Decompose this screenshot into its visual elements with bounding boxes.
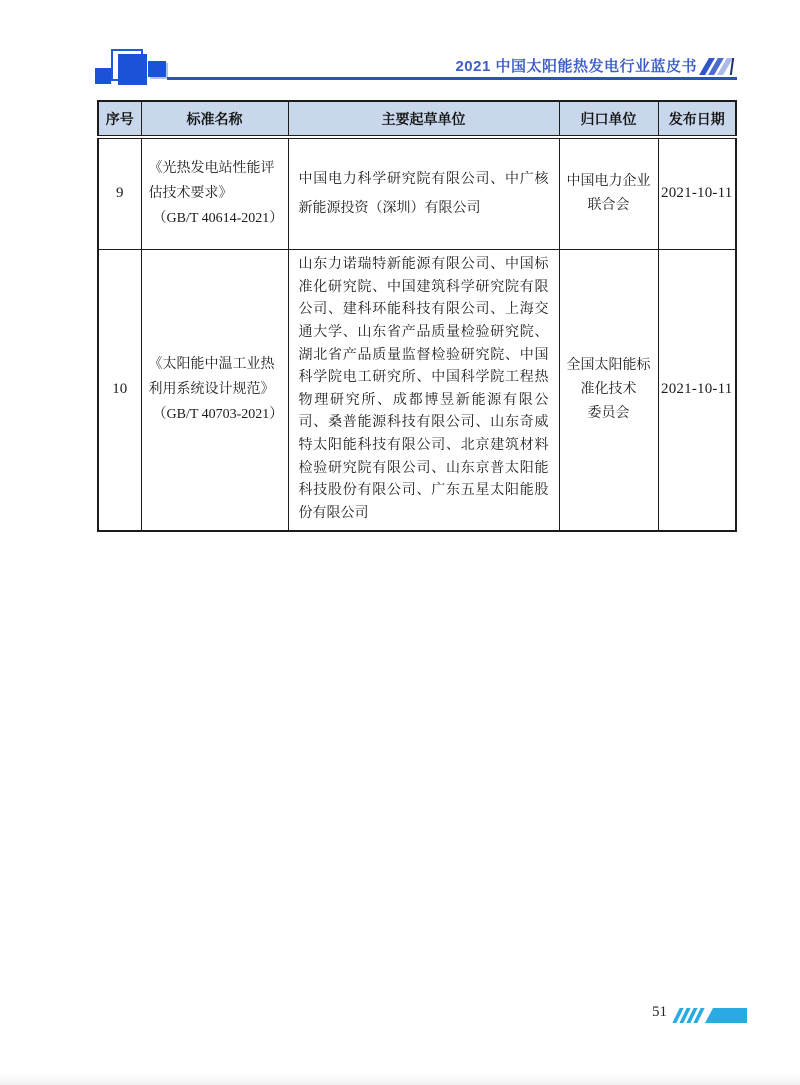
page-header-title: 2021 中国太阳能热发电行业蓝皮书 — [455, 55, 697, 76]
table-row: 10 《太阳能中温工业热利用系统设计规范》 （GB/T 40703-2021） … — [98, 249, 736, 531]
authority-line: 委员会 — [560, 402, 658, 426]
standard-name-text: 《太阳能中温工业热利用系统设计规范》 — [149, 352, 283, 402]
column-header-drafting-units: 主要起草单位 — [288, 101, 559, 137]
row-10-date: 2021-10-11 — [658, 249, 736, 531]
authority-line: 联合会 — [560, 194, 658, 218]
logo-square-medium-icon — [148, 61, 166, 77]
bottom-scan-edge — [0, 1073, 800, 1085]
standards-table: 序号 标准名称 主要起草单位 归口单位 发布日期 9 《光热发电站性能评估技术要… — [97, 100, 737, 532]
logo-square-large-icon — [118, 54, 147, 85]
column-header-authority: 归口单位 — [559, 101, 658, 137]
logo-square-small-icon — [95, 68, 111, 84]
row-9-drafters: 中国电力科学研究院有限公司、中广核新能源投资（深圳）有限公司 — [288, 137, 559, 249]
row-9-authority: 中国电力企业 联合会 — [559, 137, 658, 249]
standard-name-text: 《光热发电站性能评估技术要求》 — [149, 156, 283, 206]
standard-code-text: （GB/T 40614-2021） — [149, 206, 283, 231]
row-10-no: 10 — [98, 249, 141, 531]
table-row: 9 《光热发电站性能评估技术要求》 （GB/T 40614-2021） 中国电力… — [98, 137, 736, 249]
footer-bar-solid-icon — [705, 1008, 747, 1023]
authority-line: 中国电力企业 — [560, 170, 658, 194]
row-9-date: 2021-10-11 — [658, 137, 736, 249]
row-10-drafters: 山东力诺瑞特新能源有限公司、中国标准化研究院、中国建筑科学研究院有限公司、建科环… — [288, 249, 559, 531]
column-header-publish-date: 发布日期 — [658, 101, 736, 137]
row-9-no: 9 — [98, 137, 141, 249]
footer-bar-icon — [676, 1008, 747, 1023]
table-header-row: 序号 标准名称 主要起草单位 归口单位 发布日期 — [98, 101, 736, 137]
standard-code-text: （GB/T 40703-2021） — [149, 402, 283, 427]
column-header-standard-name: 标准名称 — [141, 101, 288, 137]
column-header-no: 序号 — [98, 101, 141, 137]
header-slashes-icon — [704, 57, 733, 75]
header-rule-line — [167, 77, 737, 80]
authority-line: 准化技术 — [560, 378, 658, 402]
authority-line: 全国太阳能标 — [560, 354, 658, 378]
document-page: 2021 中国太阳能热发电行业蓝皮书 序号 标准名称 主要起草单位 归口单位 发… — [0, 0, 800, 1085]
footer-page-number: 51 — [652, 1004, 667, 1021]
row-10-authority: 全国太阳能标 准化技术 委员会 — [559, 249, 658, 531]
row-10-standard-name: 《太阳能中温工业热利用系统设计规范》 （GB/T 40703-2021） — [141, 249, 288, 531]
row-9-standard-name: 《光热发电站性能评估技术要求》 （GB/T 40614-2021） — [141, 137, 288, 249]
